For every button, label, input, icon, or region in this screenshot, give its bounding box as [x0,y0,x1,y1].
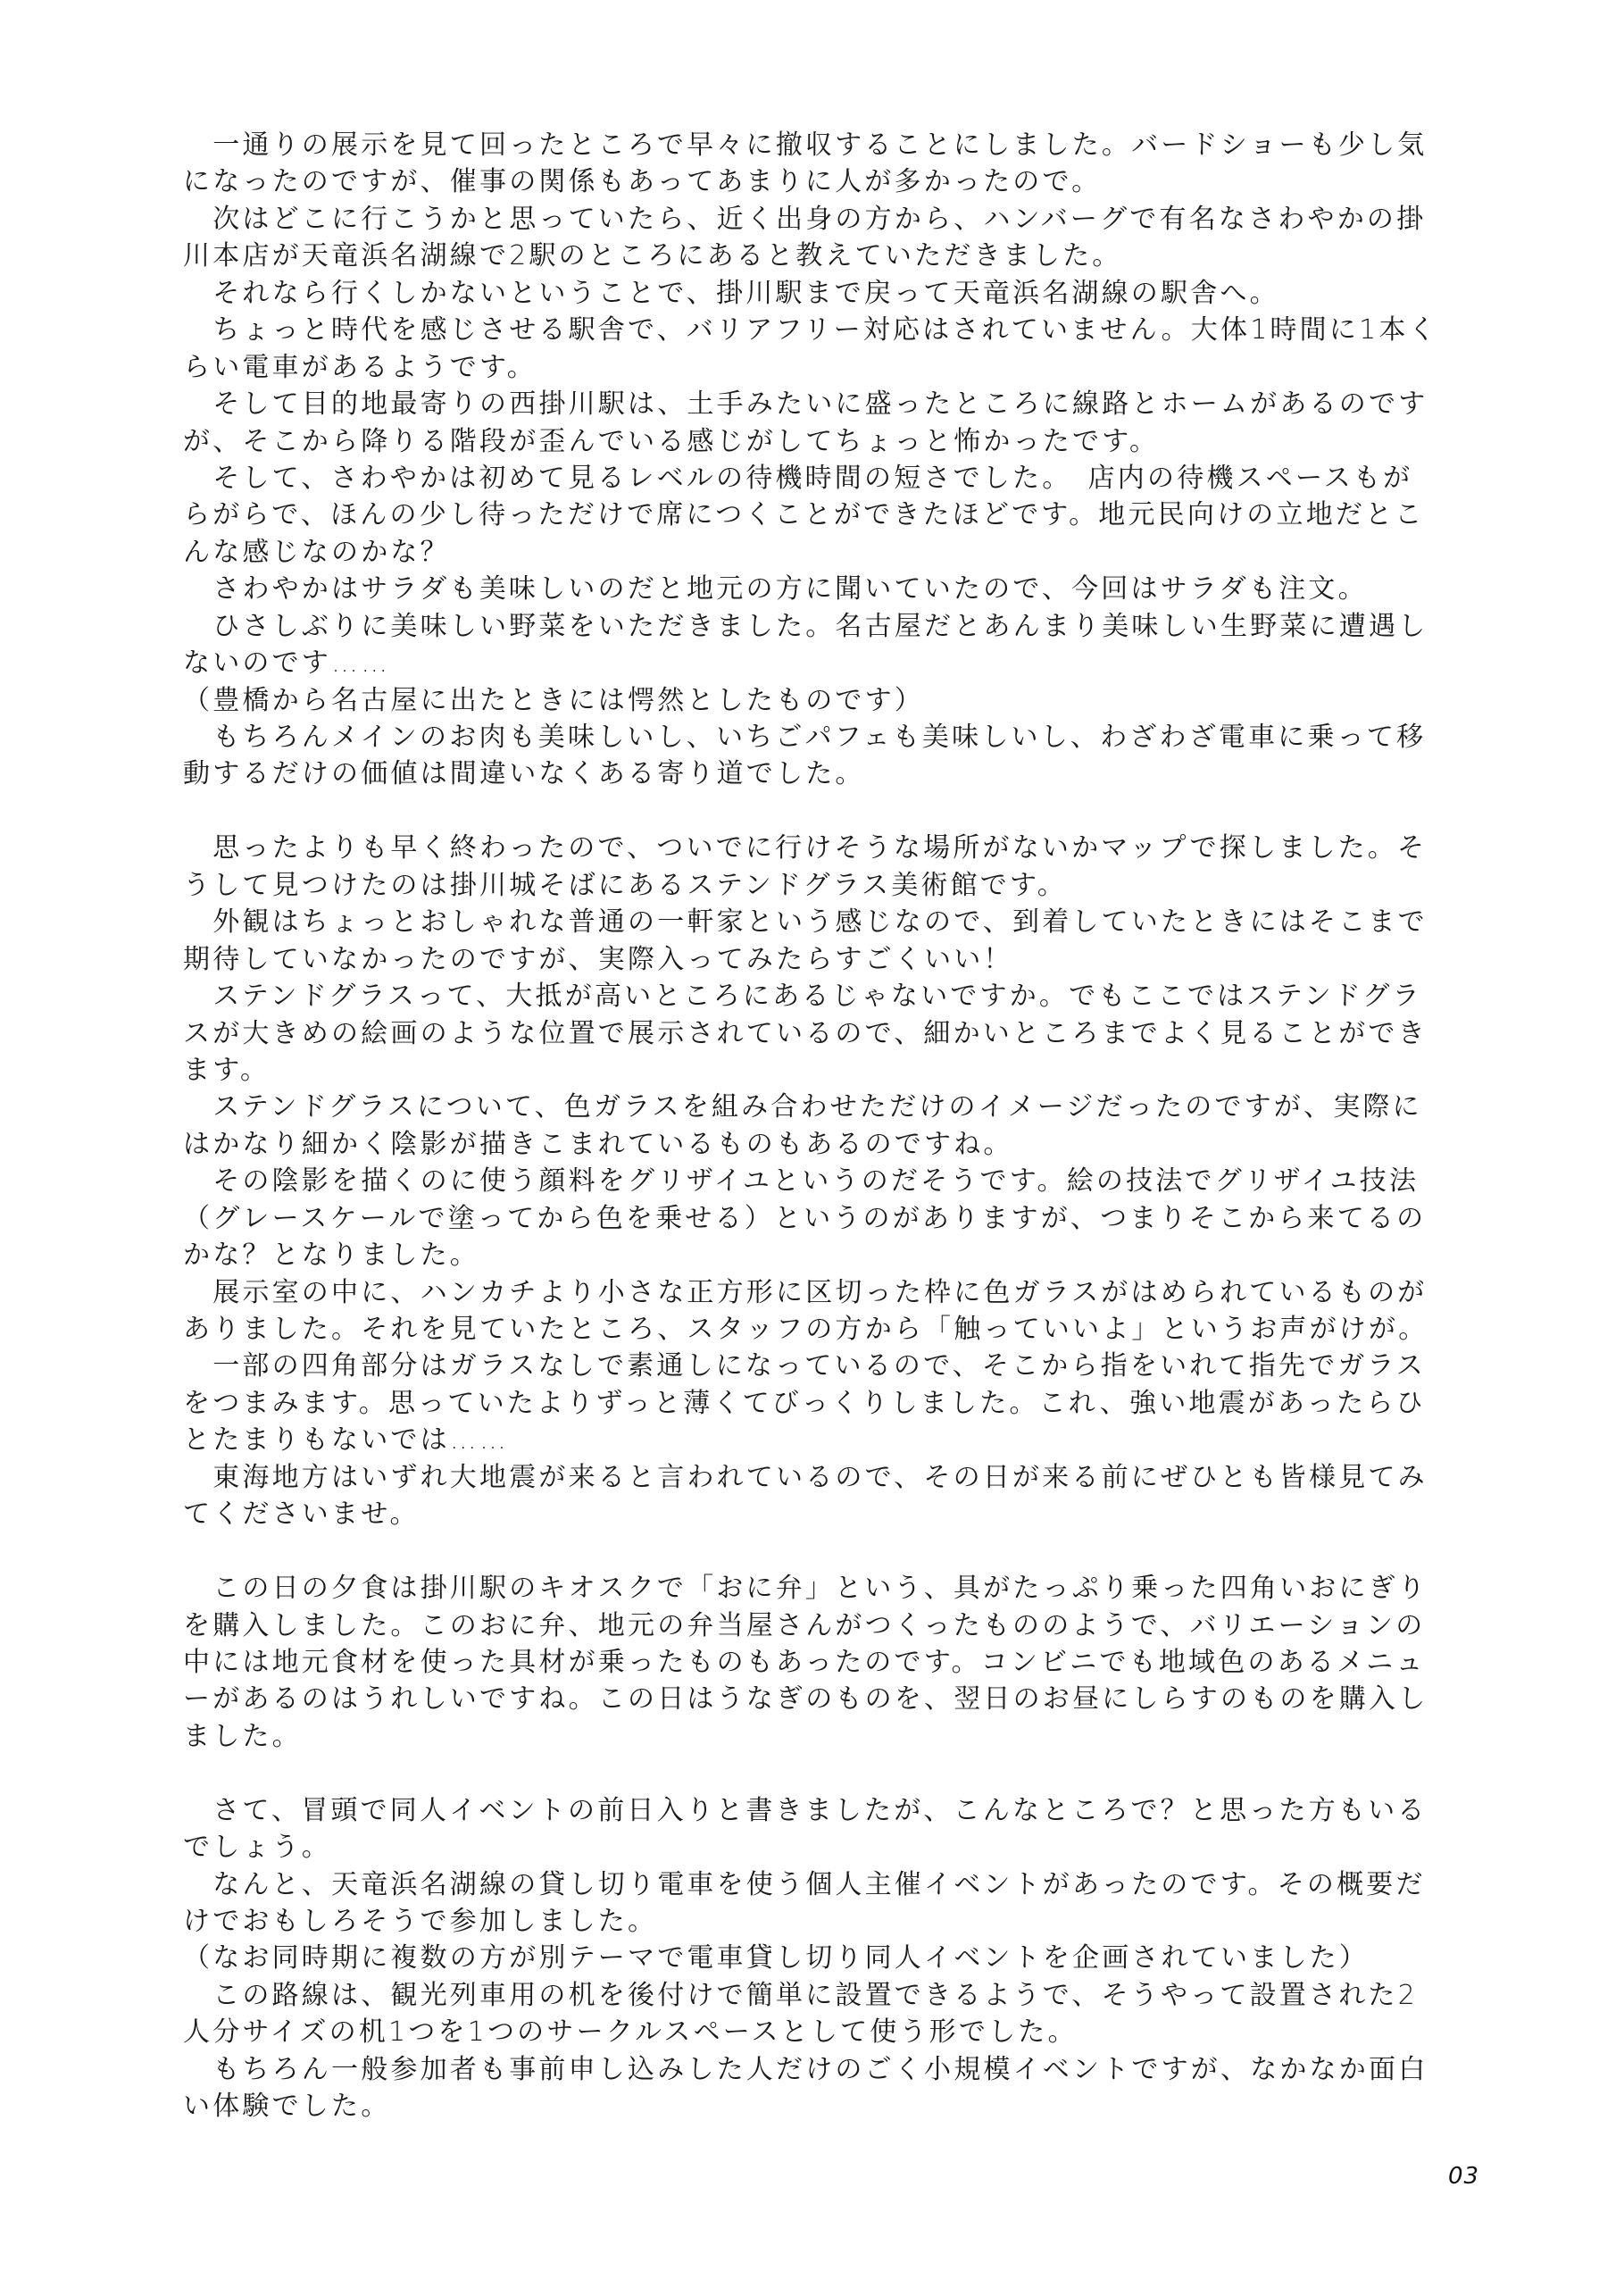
text-line: 東海地方はいずれ大地震が来ると言われているので、その日が来る前にぜひとも皆様見て… [183,1459,1495,1496]
text-line: 動するだけの価値は間違いなくある寄り道でした。 [183,755,1495,792]
text-line: けでおもしろそうで参加しました。 [183,1903,1495,1940]
text-line: なんと、天竜浜名湖線の貸し切り電車を使う個人主催イベントがあったのです。その概要… [183,1866,1495,1903]
text-line: ちょっと時代を感じさせる駅舎で、バリアフリー対応はされていません。大体1時間に1… [183,312,1495,348]
text-line: （なお同時期に複数の方が別テーマで電車貸し切り同人イベントを企画されていました） [183,1940,1495,1976]
text-line: 外観はちょっとおしゃれな普通の一軒家という感じなので、到着していたときにはそこま… [183,904,1495,940]
text-line: はかなり細かく陰影が描きこまれているものもあるのですね。 [183,1126,1495,1163]
text-line: この日の夕食は掛川駅のキオスクで「おに弁」という、具がたっぷり乗った四角いおにぎ… [183,1570,1495,1607]
text-line: 期待していなかったのですが、実際入ってみたらすごくいい！ [183,941,1495,978]
text-line: になったのですが、催事の関係もあってあまりに人が多かったので。 [183,163,1495,200]
text-line: かな？となりました。 [183,1237,1495,1273]
text-line: でしょう。 [183,1829,1495,1866]
text-line: ました。 [183,1718,1495,1755]
text-line: そして、さわやかは初めて見るレベルの待機時間の短さでした。 店内の待機スペースも… [183,460,1495,497]
text-line: ステンドグラスって、大抵が高いところにあるじゃないですか。でもここではステンドグ… [183,978,1495,1014]
text-line: 思ったよりも早く終わったので、ついでに行けそうな場所がないかマップで探しました。… [183,830,1495,866]
document-page: 一通りの展示を見て回ったところで早々に撤収することにしました。バードショーも少し… [0,0,1624,2279]
text-line: ないのです…… [183,645,1495,681]
text-line: てくださいませ。 [183,1496,1495,1532]
text-line: ます。 [183,1052,1495,1089]
text-line: それなら行くしかないということで、掛川駅まで戻って天竜浜名湖線の駅舎へ。 [183,275,1495,312]
text-line: 人分サイズの机1つを1つのサークルスペースとして使う形でした。 [183,2014,1495,2050]
text-line: スが大きめの絵画のような位置で展示されているので、細かいところまでよく見ることが… [183,1015,1495,1052]
blank-line [183,1533,1495,1570]
text-line: （グレースケールで塗ってから色を乗せる）というのがありますが、つまりそこから来て… [183,1200,1495,1237]
text-line: うして見つけたのは掛川城そばにあるステンドグラス美術館です。 [183,867,1495,904]
text-line: さて、冒頭で同人イベントの前日入りと書きましたが、こんなところで？と思った方もい… [183,1792,1495,1829]
text-line: もちろん一般参加者も事前申し込みした人だけのごく小規模イベントですが、なかなか面… [183,2051,1495,2088]
text-line: らがらで、ほんの少し待っただけで席につくことができたほどです。地元民向けの立地だ… [183,497,1495,533]
text-line: が、そこから降りる階段が歪んでいる感じがしてちょっと怖かったです。 [183,423,1495,460]
body-text: 一通りの展示を見て回ったところで早々に撤収することにしました。バードショーも少し… [183,127,1495,2125]
text-line: 次はどこに行こうかと思っていたら、近く出身の方から、ハンバーグで有名なさわやかの… [183,201,1495,238]
text-line: をつまみます。思っていたよりずっと薄くてびっくりしました。これ、強い地震があった… [183,1385,1495,1422]
text-line: を購入しました。このおに弁、地元の弁当屋さんがつくったもののようで、バリエーショ… [183,1607,1495,1644]
text-line: （豊橋から名古屋に出たときには愕然としたものです） [183,682,1495,719]
blank-line [183,1755,1495,1791]
text-line: んな感じなのかな？ [183,534,1495,571]
text-line: その陰影を描くのに使う顔料をグリザイユというのだそうです。絵の技法でグリザイユ技… [183,1163,1495,1199]
text-line: ひさしぶりに美味しい野菜をいただきました。名古屋だとあんまり美味しい生野菜に遭遇… [183,608,1495,645]
text-line: もちろんメインのお肉も美味しいし、いちごパフェも美味しいし、わざわざ電車に乗って… [183,719,1495,755]
text-line: らい電車があるようです。 [183,349,1495,386]
text-line: とたまりもないでは…… [183,1422,1495,1458]
text-line: 一部の四角部分はガラスなしで素通しになっているので、そこから指をいれて指先でガラ… [183,1348,1495,1384]
text-line: 展示室の中に、ハンカチより小さな正方形に区切った枠に色ガラスがはめられているもの… [183,1274,1495,1311]
text-line: ーがあるのはうれしいですね。この日はうなぎのものを、翌日のお昼にしらすのものを購… [183,1681,1495,1717]
text-line: ありました。それを見ていたところ、スタッフの方から「触っていいよ」というお声がけ… [183,1311,1495,1348]
text-line: ステンドグラスについて、色ガラスを組み合わせただけのイメージだったのですが、実際… [183,1089,1495,1125]
text-line: そして目的地最寄りの西掛川駅は、土手みたいに盛ったところに線路とホームがあるので… [183,386,1495,422]
text-line: この路線は、観光列車用の机を後付けで簡単に設置できるようで、そうやって設置された… [183,1977,1495,2014]
text-line: さわやかはサラダも美味しいのだと地元の方に聞いていたので、今回はサラダも注文。 [183,571,1495,607]
text-line: 一通りの展示を見て回ったところで早々に撤収することにしました。バードショーも少し… [183,127,1495,163]
text-line: い体験でした。 [183,2088,1495,2125]
text-line: 中には地元食材を使った具材が乗ったものもあったのです。コンビニでも地域色のあるメ… [183,1644,1495,1681]
blank-line [183,793,1495,830]
text-line: 川本店が天竜浜名湖線で2駅のところにあると教えていただきました。 [183,238,1495,274]
page-number: 03 [1448,2163,1479,2190]
